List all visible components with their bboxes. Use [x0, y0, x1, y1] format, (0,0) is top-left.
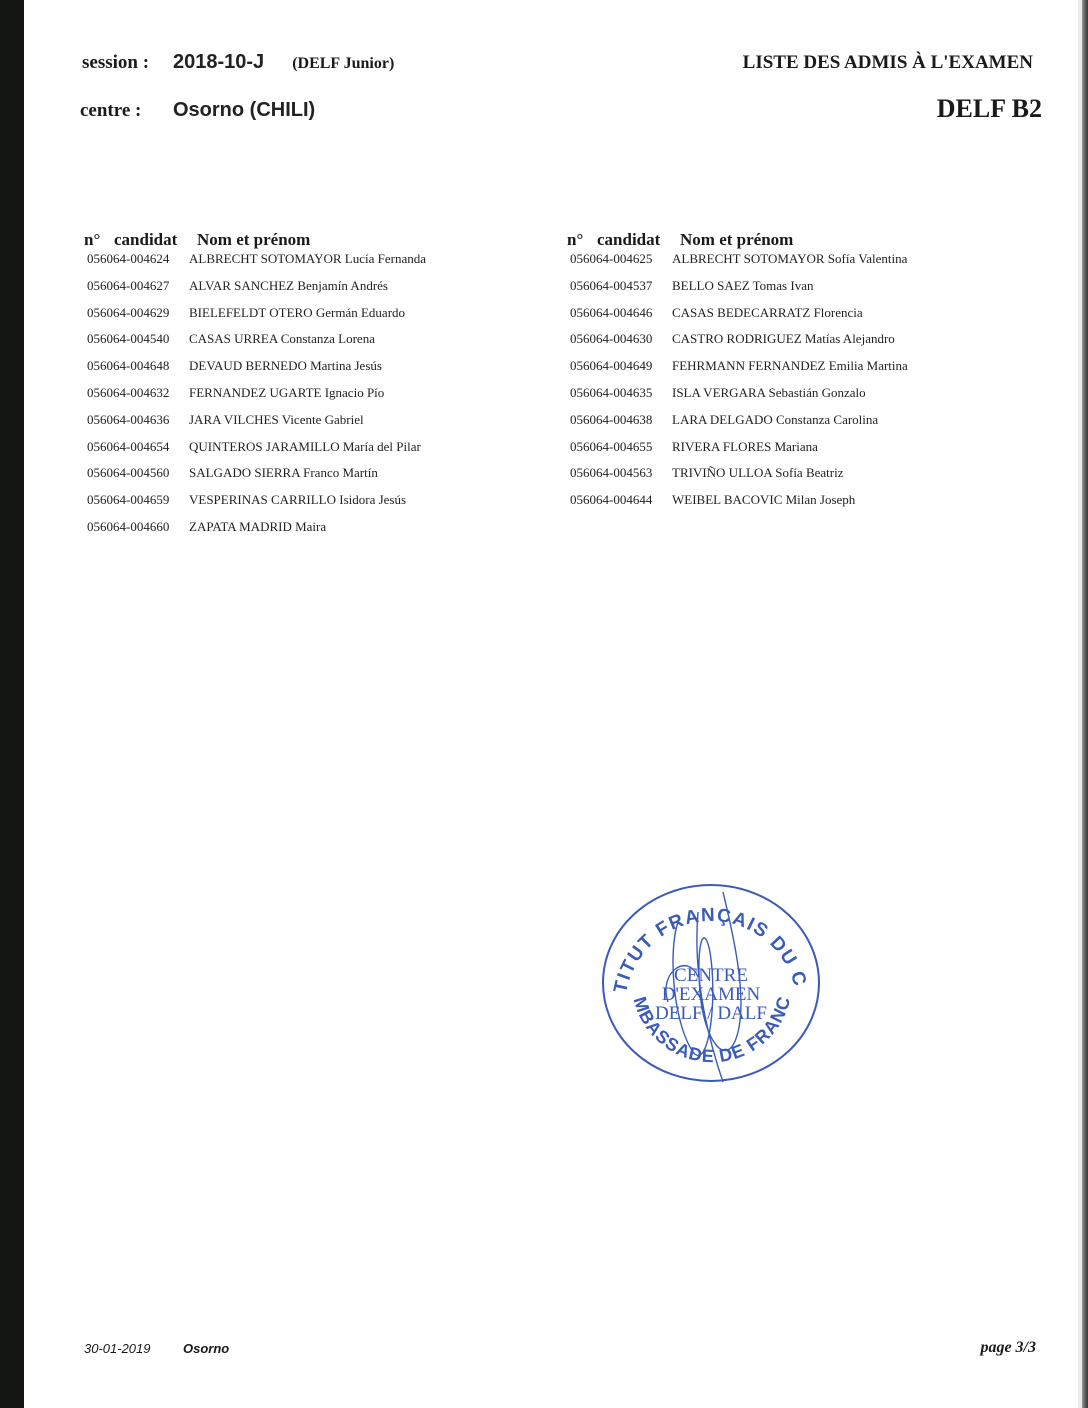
candidate-id: 056064-004632 [84, 385, 189, 401]
header-no: n° [84, 230, 114, 250]
header-no: n° [567, 230, 597, 250]
scan-border-right [1082, 0, 1088, 1408]
candidate-id: 056064-004636 [84, 412, 189, 428]
candidate-id: 056064-004660 [84, 519, 189, 535]
candidate-name: FEHRMANN FERNANDEZ Emilia Martina [672, 358, 908, 374]
candidate-name: LARA DELGADO Constanza Carolina [672, 412, 878, 428]
official-stamp: INSTITUT FRANÇAIS DU CHILI AMBASSADE DE … [598, 882, 824, 1084]
candidate-id: 056064-004563 [567, 465, 672, 481]
page-number: page 3/3 [980, 1339, 1036, 1357]
candidate-name: BELLO SAEZ Tomas Ivan [672, 278, 813, 294]
candidate-name: DEVAUD BERNEDO Martina Jesús [189, 358, 382, 374]
svg-text:CENTRE: CENTRE [674, 965, 748, 986]
candidate-name: TRIVIÑO ULLOA Sofía Beatriz [672, 465, 844, 481]
header-name: Nom et prénom [197, 230, 310, 250]
stamp-seal-icon: INSTITUT FRANÇAIS DU CHILI AMBASSADE DE … [598, 882, 824, 1084]
candidate-id: 056064-004624 [84, 251, 189, 267]
candidate-id: 056064-004655 [567, 439, 672, 455]
candidate-row: 056064-004659VESPERINAS CARRILLO Isidora… [84, 492, 426, 519]
list-rows: 056064-004624ALBRECHT SOTOMAYOR Lucía Fe… [84, 251, 426, 546]
candidate-name: SALGADO SIERRA Franco Martín [189, 465, 378, 481]
header-candidat: candidat [114, 230, 197, 250]
candidate-name: CASTRO RODRIGUEZ Matías Alejandro [672, 331, 895, 347]
candidate-row: 056064-004632FERNANDEZ UGARTE Ignacio Pí… [84, 385, 426, 412]
list-header: n° candidat Nom et prénom [567, 230, 908, 251]
candidate-row: 056064-004649FEHRMANN FERNANDEZ Emilia M… [567, 358, 908, 385]
session-subtitle: (DELF Junior) [292, 55, 394, 73]
candidate-id: 056064-004630 [567, 331, 672, 347]
footer-date: 30-01-2019 [84, 1341, 151, 1356]
candidate-name: JARA VILCHES Vicente Gabriel [189, 412, 364, 428]
candidate-row: 056064-004629BIELEFELDT OTERO Germán Edu… [84, 305, 426, 332]
candidate-row: 056064-004644WEIBEL BACOVIC Milan Joseph [567, 492, 908, 519]
candidate-name: ZAPATA MADRID Maira [189, 519, 326, 535]
candidate-name: WEIBEL BACOVIC Milan Joseph [672, 492, 855, 508]
candidate-row: 056064-004624ALBRECHT SOTOMAYOR Lucía Fe… [84, 251, 426, 278]
centre-label: centre : [80, 100, 173, 122]
candidate-name: CASAS URREA Constanza Lorena [189, 331, 375, 347]
footer-place: Osorno [183, 1341, 229, 1356]
header-name: Nom et prénom [680, 230, 793, 250]
document-title: LISTE DES ADMIS À L'EXAMEN [743, 52, 1033, 74]
candidate-row: 056064-004648DEVAUD BERNEDO Martina Jesú… [84, 358, 426, 385]
candidate-id: 056064-004560 [84, 465, 189, 481]
candidate-row: 056064-004635ISLA VERGARA Sebastián Gonz… [567, 385, 908, 412]
candidate-id: 056064-004638 [567, 412, 672, 428]
candidate-list-right: n° candidat Nom et prénom 056064-004625A… [567, 230, 908, 519]
candidate-name: ISLA VERGARA Sebastián Gonzalo [672, 385, 866, 401]
candidate-id: 056064-004635 [567, 385, 672, 401]
list-rows: 056064-004625ALBRECHT SOTOMAYOR Sofía Va… [567, 251, 908, 519]
centre-line: centre : Osorno (CHILI) [80, 99, 315, 122]
exam-level: DELF B2 [937, 94, 1042, 124]
candidate-id: 056064-004648 [84, 358, 189, 374]
candidate-row: 056064-004655RIVERA FLORES Mariana [567, 439, 908, 466]
candidate-name: VESPERINAS CARRILLO Isidora Jesús [189, 492, 406, 508]
candidate-id: 056064-004644 [567, 492, 672, 508]
candidate-name: FERNANDEZ UGARTE Ignacio Pío [189, 385, 384, 401]
candidate-id: 056064-004625 [567, 251, 672, 267]
candidate-list-left: n° candidat Nom et prénom 056064-004624A… [84, 230, 426, 546]
candidate-name: BIELEFELDT OTERO Germán Eduardo [189, 305, 405, 321]
candidate-id: 056064-004537 [567, 278, 672, 294]
candidate-row: 056064-004660ZAPATA MADRID Maira [84, 519, 426, 546]
candidate-row: 056064-004560SALGADO SIERRA Franco Martí… [84, 465, 426, 492]
candidate-name: ALBRECHT SOTOMAYOR Lucía Fernanda [189, 251, 426, 267]
candidate-name: ALBRECHT SOTOMAYOR Sofía Valentina [672, 251, 907, 267]
candidate-row: 056064-004540CASAS URREA Constanza Loren… [84, 331, 426, 358]
candidate-row: 056064-004627ALVAR SANCHEZ Benjamín Andr… [84, 278, 426, 305]
candidate-row: 056064-004563TRIVIÑO ULLOA Sofía Beatriz [567, 465, 908, 492]
candidate-id: 056064-004649 [567, 358, 672, 374]
candidate-id: 056064-004540 [84, 331, 189, 347]
session-label: session : [82, 52, 173, 74]
header-candidat: candidat [597, 230, 680, 250]
candidate-row: 056064-004636JARA VILCHES Vicente Gabrie… [84, 412, 426, 439]
candidate-row: 056064-004630CASTRO RODRIGUEZ Matías Ale… [567, 331, 908, 358]
list-header: n° candidat Nom et prénom [84, 230, 426, 251]
candidate-row: 056064-004537BELLO SAEZ Tomas Ivan [567, 278, 908, 305]
candidate-name: QUINTEROS JARAMILLO María del Pilar [189, 439, 421, 455]
candidate-id: 056064-004659 [84, 492, 189, 508]
candidate-id: 056064-004629 [84, 305, 189, 321]
candidate-name: CASAS BEDECARRATZ Florencia [672, 305, 863, 321]
centre-value: Osorno (CHILI) [173, 99, 315, 122]
candidate-id: 056064-004627 [84, 278, 189, 294]
candidate-id: 056064-004646 [567, 305, 672, 321]
session-value: 2018-10-J [173, 51, 264, 74]
candidate-id: 056064-004654 [84, 439, 189, 455]
candidate-row: 056064-004654QUINTEROS JARAMILLO María d… [84, 439, 426, 466]
candidate-row: 056064-004625ALBRECHT SOTOMAYOR Sofía Va… [567, 251, 908, 278]
session-line: session : 2018-10-J (DELF Junior) [82, 51, 394, 74]
scan-border-left [0, 0, 24, 1408]
candidate-name: RIVERA FLORES Mariana [672, 439, 818, 455]
candidate-name: ALVAR SANCHEZ Benjamín Andrés [189, 278, 388, 294]
candidate-row: 056064-004646CASAS BEDECARRATZ Florencia [567, 305, 908, 332]
candidate-row: 056064-004638LARA DELGADO Constanza Caro… [567, 412, 908, 439]
